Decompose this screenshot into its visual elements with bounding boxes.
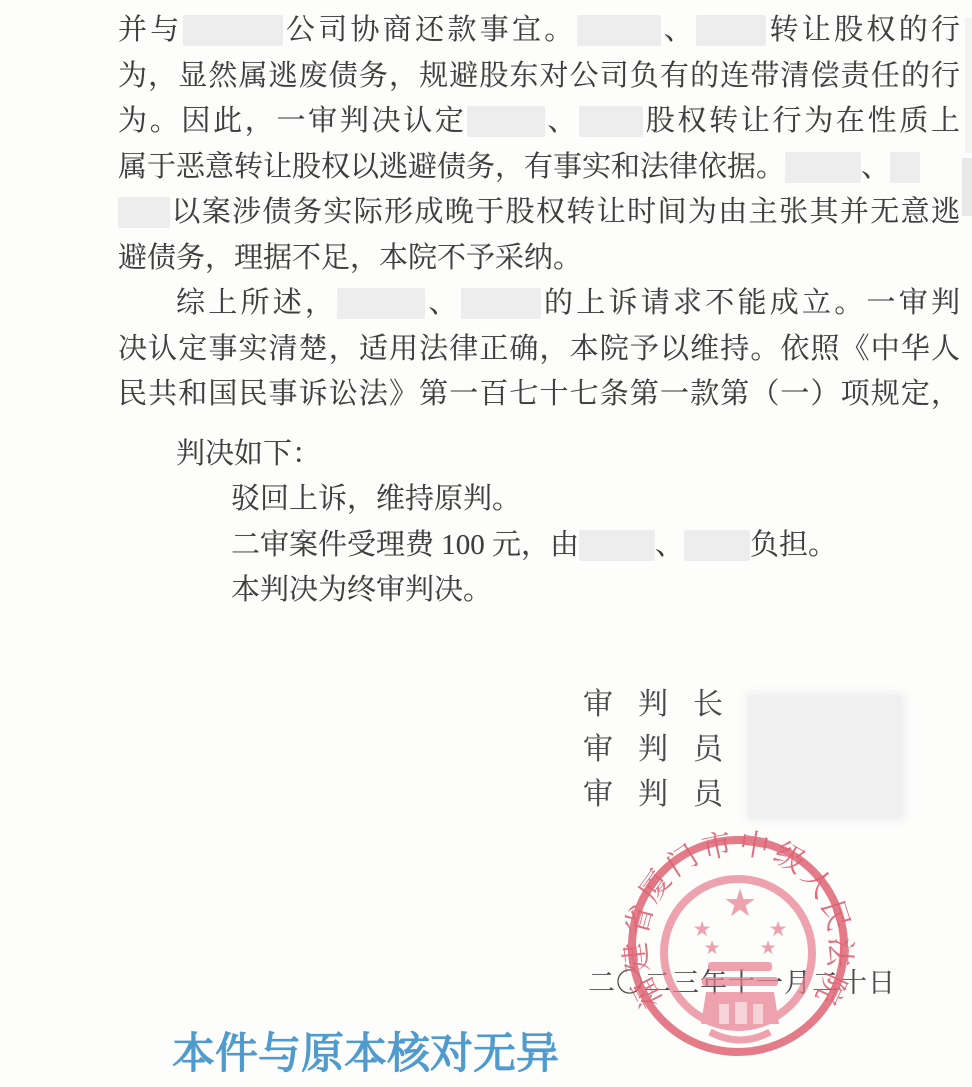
body-text: 负担。	[750, 529, 837, 561]
body-line: 判决如下：	[118, 432, 960, 478]
body-text: 以案涉债务实际形成晚于股权转让时间为由主张其并无意逃	[170, 196, 960, 228]
judge-label: 审判员	[583, 727, 748, 772]
body-line: 决认定事实清楚，适用法律正确，本院予以维持。依照《中华人	[118, 327, 960, 373]
presiding-judge-label: 审判长	[583, 682, 748, 727]
body-text: 、	[425, 287, 461, 319]
body-text: 决认定事实清楚，适用法律正确，本院予以维持。依照《中华人	[118, 333, 960, 365]
body-line: 本判决为终审判决。	[118, 568, 960, 614]
redacted-text	[696, 15, 766, 46]
body-text: 为，显然属逃废债务，规避股东对公司负有的连带清偿责任的行	[118, 60, 960, 92]
judgment-document-page: 并与公司协商还款事宜。、转让股权的行为，显然属逃废债务，规避股东对公司负有的连带…	[0, 0, 972, 1087]
redacted-text	[684, 530, 750, 561]
body-text: 、	[545, 105, 579, 137]
redacted-text	[337, 288, 425, 319]
body-text: 公司协商还款事宜。	[283, 14, 577, 46]
body-text: 属于恶意转让股权以逃避债务，有事实和法律依据。	[118, 151, 785, 183]
document-body: 并与公司协商还款事宜。、转让股权的行为，显然属逃废债务，规避股东对公司负有的连带…	[118, 8, 960, 614]
emblem-gate-roof	[708, 962, 772, 971]
signature-block: 审判长 审判员 审判员	[583, 682, 748, 817]
national-emblem-icon: ★ ★ ★ ★ ★	[664, 879, 812, 1040]
body-line: 为。因此，一审判决认定、股权转让行为在性质上	[118, 99, 960, 145]
redacted-text	[461, 288, 541, 319]
body-text: 为。因此，一审判决认定	[118, 105, 467, 137]
redacted-judge-names	[748, 695, 902, 818]
redacted-text	[183, 15, 283, 46]
judge-label: 审判员	[583, 772, 748, 817]
body-line: 综上所述，、的上诉请求不能成立。一审判	[118, 281, 960, 327]
emblem-gate-roof	[702, 977, 778, 986]
redacted-text	[785, 152, 861, 183]
body-text: 、	[655, 529, 684, 561]
body-text: 并与	[118, 14, 183, 46]
body-line: 以案涉债务实际形成晚于股权转让时间为由主张其并无意逃	[118, 190, 960, 236]
body-text: 转让股权的行	[766, 14, 960, 46]
body-line: 避债务，理据不足，本院不予采纳。	[118, 236, 960, 282]
emblem-star-icon: ★	[723, 881, 757, 925]
body-text: 股权转让行为在性质上	[643, 105, 960, 137]
body-text: 二审案件受理费 100 元，由	[231, 529, 579, 561]
body-text: 民共和国民事诉讼法》第一百七十七条第一款第（一）项规定，	[118, 378, 960, 410]
body-line: 民共和国民事诉讼法》第一百七十七条第一款第（一）项规定，	[118, 372, 960, 418]
scan-edge-artifact	[962, 158, 972, 216]
body-text: 、	[661, 14, 697, 46]
redacted-text	[118, 197, 170, 228]
body-text: 避债务，理据不足，本院不予采纳。	[118, 242, 582, 274]
redacted-text	[890, 152, 920, 183]
redacted-text	[579, 530, 655, 561]
body-line: 驳回上诉，维持原判。	[118, 477, 960, 523]
redacted-text	[579, 106, 643, 137]
verification-stamp-text: 本件与原本核对无异	[172, 1020, 559, 1081]
body-line: 为，显然属逃废债务，规避股东对公司负有的连带清偿责任的行	[118, 54, 960, 100]
scan-edge-artifact	[965, 18, 972, 153]
body-line: 二审案件受理费 100 元，由、负担。	[118, 523, 960, 569]
body-text: 本判决为终审判决。	[231, 574, 492, 606]
body-text: 、	[861, 151, 890, 183]
body-text: 判决如下：	[176, 438, 321, 470]
redacted-text	[577, 15, 661, 46]
body-line: 属于恶意转让股权以逃避债务，有事实和法律依据。、	[118, 145, 960, 191]
body-line: 并与公司协商还款事宜。、转让股权的行	[118, 8, 960, 54]
body-text: 的上诉请求不能成立。一审判	[541, 287, 960, 319]
court-seal: 福建省厦门市中级人民法院 ★ ★ ★ ★ ★	[616, 824, 860, 1068]
body-text: 综上所述，	[176, 287, 337, 319]
emblem-star-icon: ★	[703, 937, 720, 959]
emblem-star-icon: ★	[759, 937, 776, 959]
redacted-text	[467, 106, 545, 137]
emblem-gear-arc	[710, 1032, 770, 1040]
body-text: 驳回上诉，维持原判。	[231, 483, 521, 515]
